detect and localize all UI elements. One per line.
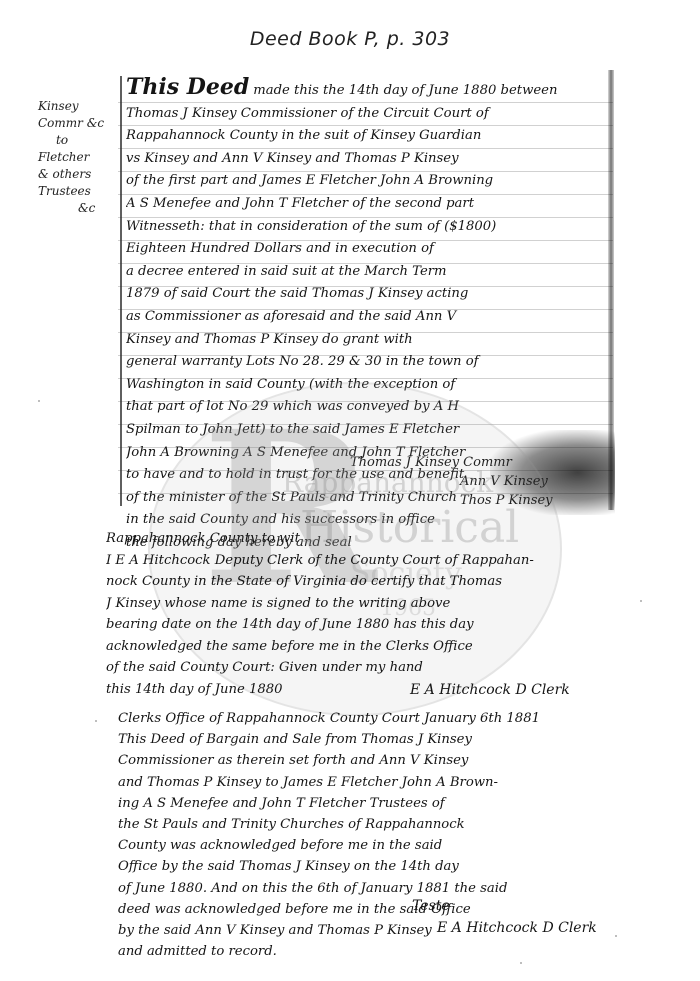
deed-line: 1879 of said Court the said Thomas J Kin…: [126, 283, 614, 306]
deed-line: general warranty Lots No 28. 29 & 30 in …: [126, 351, 614, 374]
margin-note-line: & others: [38, 166, 120, 183]
margin-rule: [120, 76, 122, 506]
grantor-signatures: Thomas J Kinsey Commr Ann V Kinsey Thos …: [350, 453, 610, 510]
signature: Thos P Kinsey: [350, 491, 610, 510]
record-line: ing A S Menefee and John T Fletcher Trus…: [118, 793, 638, 814]
deed-line: a decree entered in said suit at the Mar…: [126, 261, 614, 284]
deed-line: Spilman to John Jett) to the said James …: [126, 419, 614, 442]
deed-line: vs Kinsey and Ann V Kinsey and Thomas P …: [126, 148, 614, 171]
certificate-line: nock County in the State of Virginia do …: [106, 571, 626, 593]
deed-line: that part of lot No 29 which was conveye…: [126, 396, 614, 419]
clerk-signature: E A Hitchcock D Clerk: [410, 682, 570, 698]
record-line: deed was acknowledged before me in the s…: [118, 899, 638, 920]
record-line: and admitted to record.: [118, 941, 638, 962]
scan-speckle: [38, 400, 40, 402]
record-line: and Thomas P Kinsey to James E Fletcher …: [118, 772, 638, 793]
certificate-line: I E A Hitchcock Deputy Clerk of the Coun…: [106, 550, 626, 572]
margin-note-line: Kinsey: [38, 98, 120, 115]
deed-line: of the first part and James E Fletcher J…: [126, 170, 614, 193]
margin-notation: Kinsey Commr &c to Fletcher & others Tru…: [38, 98, 120, 217]
page-title: Deed Book P, p. 303: [0, 28, 700, 50]
deed-line: Rappahannock County in the suit of Kinse…: [126, 125, 614, 148]
record-line: Commissioner as therein set forth and An…: [118, 750, 638, 771]
acknowledgment-certificate: Rappahannock County to wit I E A Hitchco…: [106, 528, 626, 700]
record-line: This Deed of Bargain and Sale from Thoma…: [118, 729, 638, 750]
deed-line: as Commissioner as aforesaid and the sai…: [126, 306, 614, 329]
deed-body-section: Kinsey Commr &c to Fletcher & others Tru…: [20, 70, 613, 515]
deed-line: Witnesseth: that in consideration of the…: [126, 216, 614, 239]
deed-line: This Deedmade this the 14th day of June …: [126, 76, 614, 103]
deed-line: Eighteen Hundred Dollars and in executio…: [126, 238, 614, 261]
deed-line: A S Menefee and John T Fletcher of the s…: [126, 193, 614, 216]
signature: Thomas J Kinsey Commr: [350, 453, 610, 472]
record-line: of June 1880. And on this the 6th of Jan…: [118, 878, 638, 899]
scan-speckle: [615, 935, 617, 937]
deed-line: Thomas J Kinsey Commissioner of the Circ…: [126, 103, 614, 126]
certificate-line: acknowledged the same before me in the C…: [106, 636, 626, 658]
deed-line: Washington in said County (with the exce…: [126, 374, 614, 397]
scan-speckle: [520, 962, 522, 964]
margin-note-line: Commr &c: [38, 115, 120, 132]
margin-note-line: Trustees: [38, 183, 120, 200]
margin-note-line: &c: [38, 200, 120, 217]
clerk-signature: E A Hitchcock D Clerk: [437, 920, 597, 936]
record-line: County was acknowledged before me in the…: [118, 835, 638, 856]
record-line: Office by the said Thomas J Kinsey on th…: [118, 856, 638, 877]
certificate-line: bearing date on the 14th day of June 188…: [106, 614, 626, 636]
certificate-line: J Kinsey whose name is signed to the wri…: [106, 593, 626, 615]
deed-line: Kinsey and Thomas P Kinsey do grant with: [126, 329, 614, 352]
margin-note-line: Fletcher: [38, 149, 120, 166]
teste-label: Teste: [412, 898, 450, 914]
scanned-deed-page: Deed Book P, p. 303 Kinsey Commr &c to F…: [0, 0, 700, 981]
certificate-line: of the said County Court: Given under my…: [106, 657, 626, 679]
scan-speckle: [640, 600, 642, 602]
record-line: the St Pauls and Trinity Churches of Rap…: [118, 814, 638, 835]
record-line: Clerks Office of Rappahannock County Cou…: [118, 708, 638, 729]
signature: Ann V Kinsey: [350, 472, 610, 491]
deed-lead: This Deed: [126, 76, 249, 100]
scan-speckle: [60, 140, 62, 142]
scan-speckle: [95, 720, 97, 722]
margin-note-line: to: [38, 132, 120, 149]
certificate-line: Rappahannock County to wit: [106, 528, 626, 550]
